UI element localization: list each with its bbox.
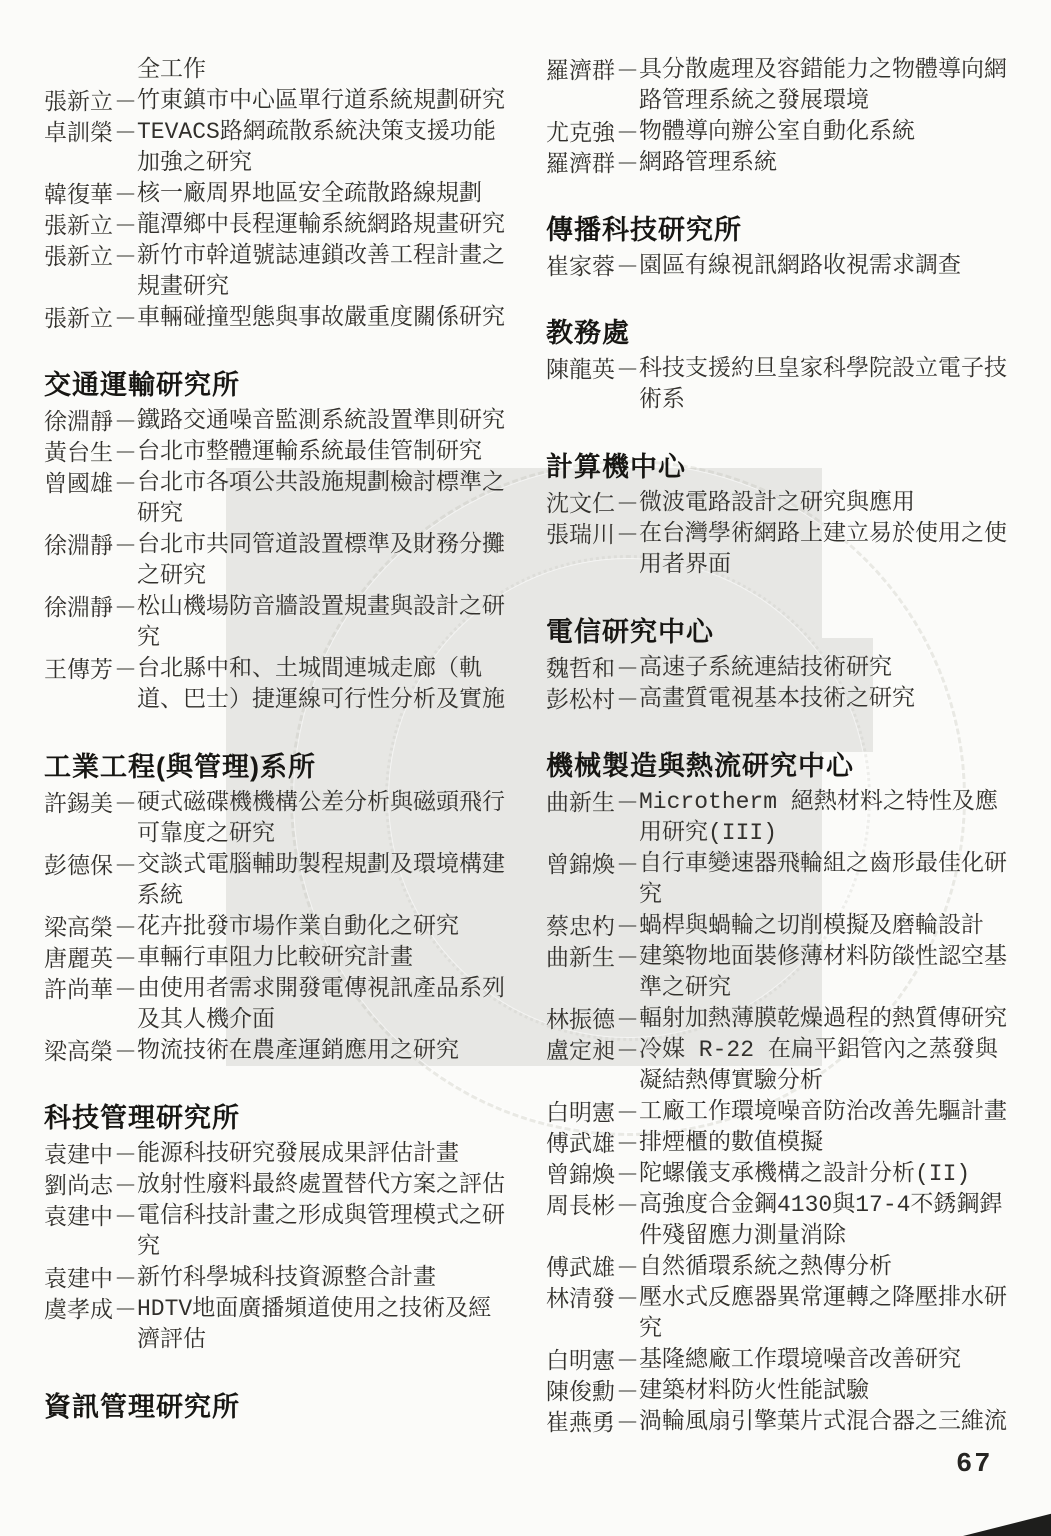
project-title: 建築物地面裝修薄材料防燄性認空基準之研究: [639, 942, 1013, 1004]
researcher-name: 梁高榮: [44, 1036, 114, 1067]
project-entry: 崔燕勇－渦輪風扇引擎葉片式混合器之三維流: [546, 1407, 1013, 1438]
project-title: 自行車變速器飛輪組之齒形最佳化研究: [639, 849, 1013, 911]
separator-dash: －: [114, 592, 137, 623]
separator-dash: －: [114, 1263, 137, 1294]
separator-dash: －: [616, 1004, 639, 1035]
separator-dash: －: [616, 1283, 639, 1314]
researcher-name: 王傳芳: [44, 654, 114, 685]
project-title: 花卉批發市場作業自動化之研究: [137, 912, 514, 943]
section-heading: 電信研究中心: [546, 611, 1013, 653]
separator-dash: －: [114, 912, 137, 943]
project-entry: 蔡忠杓－蝸桿與蝸輪之切削模擬及磨輪設計: [546, 911, 1013, 942]
separator-dash: －: [616, 787, 639, 818]
scan-corner-mark: [963, 1506, 1051, 1536]
project-title: 由使用者需求開發電傳視訊產品系列及其人機介面: [137, 974, 514, 1036]
section-heading: 機械製造與熱流研究中心: [546, 745, 1013, 787]
researcher-name: 林振德: [546, 1004, 616, 1035]
researcher-name: 徐淵靜: [44, 530, 114, 561]
project-entry: 彭德保－交談式電腦輔助製程規劃及環境構建系統: [44, 850, 514, 912]
section-heading: 交通運輸研究所: [44, 364, 514, 406]
researcher-name: 曲新生: [546, 787, 616, 818]
project-entry: 曲新生－Microtherm 絕熱材料之特性及應用研究(III): [546, 787, 1013, 849]
separator-dash: －: [616, 519, 639, 550]
project-title: 壓水式反應器異常運轉之降壓排水研究: [639, 1283, 1013, 1345]
project-entry: 黃台生－台北市整體運輸系統最佳管制研究: [44, 437, 514, 468]
separator-dash: －: [114, 943, 137, 974]
section-heading: 計算機中心: [546, 446, 1013, 488]
researcher-name: 曾錦煥: [546, 849, 616, 880]
project-entry: 彭松村－高畫質電視基本技術之研究: [546, 684, 1013, 715]
project-title: 車輛行車阻力比較研究計畫: [137, 943, 514, 974]
researcher-name: 曾國雄: [44, 468, 114, 499]
project-title: 高畫質電視基本技術之研究: [639, 684, 1013, 715]
project-entry: 白明憲－工廠工作環境噪音防治改善先驅計畫: [546, 1097, 1013, 1128]
project-entry: 梁高榮－物流技術在農產運銷應用之研究: [44, 1036, 514, 1067]
project-entry: 許錫美－硬式磁碟機機構公差分析與磁頭飛行可靠度之研究: [44, 788, 514, 850]
project-title: 新竹市幹道號誌連鎖改善工程計畫之規畫研究: [137, 241, 514, 303]
project-title: 能源科技研究發展成果評估計畫: [137, 1139, 514, 1170]
researcher-name: 崔家蓉: [546, 251, 616, 282]
separator-dash: －: [616, 55, 639, 86]
project-entry: 梁高榮－花卉批發市場作業自動化之研究: [44, 912, 514, 943]
section-heading: 教務處: [546, 312, 1013, 354]
project-entry: 曾錦煥－陀螺儀支承機構之設計分析(II): [546, 1159, 1013, 1190]
separator-dash: －: [616, 911, 639, 942]
project-entry: 曾錦煥－自行車變速器飛輪組之齒形最佳化研究: [546, 849, 1013, 911]
project-entry: 林清發－壓水式反應器異常運轉之降壓排水研究: [546, 1283, 1013, 1345]
separator-dash: －: [114, 654, 137, 685]
project-entry: 林振德－輻射加熱薄膜乾燥過程的熱質傳研究: [546, 1004, 1013, 1035]
project-title: 台北市各項公共設施規劃檢討標準之研究: [137, 468, 514, 530]
project-entry: 虞孝成－HDTV地面廣播頻道使用之技術及經濟評估: [44, 1294, 514, 1356]
project-title: 科技支援約旦皇家科學院設立電子技術系: [639, 354, 1013, 416]
separator-dash: －: [616, 148, 639, 179]
separator-dash: －: [616, 684, 639, 715]
project-entry: 陳俊勳－建築材料防火性能試驗: [546, 1376, 1013, 1407]
researcher-name: 張新立: [44, 86, 114, 117]
researcher-name: 韓復華: [44, 179, 114, 210]
researcher-name: 彭松村: [546, 684, 616, 715]
separator-dash: －: [114, 303, 137, 334]
separator-dash: －: [114, 530, 137, 561]
project-entry: 曲新生－建築物地面裝修薄材料防燄性認空基準之研究: [546, 942, 1013, 1004]
project-title: 基隆總廠工作環境噪音改善研究: [639, 1345, 1013, 1376]
separator-dash: －: [114, 1036, 137, 1067]
project-title: 園區有線視訊網路收視需求調查: [639, 251, 1013, 282]
researcher-name: 陳龍英: [546, 354, 616, 385]
project-entry: 袁建中－電信科技計畫之形成與管理模式之研究: [44, 1201, 514, 1263]
project-title: 放射性廢料最終處置替代方案之評估: [137, 1170, 514, 1201]
left-column: 全工作張新立－竹東鎮市中心區單行道系統規劃研究卓訓榮－TEVACS路網疏散系統決…: [44, 55, 514, 1428]
separator-dash: －: [616, 1097, 639, 1128]
section-heading: 資訊管理研究所: [44, 1386, 514, 1428]
separator-dash: －: [616, 1159, 639, 1190]
separator-dash: －: [114, 437, 137, 468]
separator-dash: －: [114, 1170, 137, 1201]
separator-dash: －: [114, 210, 137, 241]
researcher-name: 傅武雄: [546, 1128, 616, 1159]
project-entry: 曾國雄－台北市各項公共設施規劃檢討標準之研究: [44, 468, 514, 530]
separator-dash: －: [114, 179, 137, 210]
researcher-name: 白明憲: [546, 1345, 616, 1376]
project-entry: 張瑞川－在台灣學術網路上建立易於使用之使用者界面: [546, 519, 1013, 581]
separator-dash: －: [114, 86, 137, 117]
project-entry: 韓復華－核一廠周界地區安全疏散路線規劃: [44, 179, 514, 210]
project-title: 物流技術在農產運銷應用之研究: [137, 1036, 514, 1067]
separator-dash: －: [616, 1345, 639, 1376]
researcher-name: 沈文仁: [546, 488, 616, 519]
researcher-name: 袁建中: [44, 1201, 114, 1232]
separator-dash: －: [616, 1128, 639, 1159]
project-title: 新竹科學城科技資源整合計畫: [137, 1263, 514, 1294]
project-entry: 張新立－龍潭鄉中長程運輸系統網路規畫研究: [44, 210, 514, 241]
project-title: 工廠工作環境噪音防治改善先驅計畫: [639, 1097, 1013, 1128]
project-entry: 羅濟群－網路管理系統: [546, 148, 1013, 179]
researcher-name: 許尚華: [44, 974, 114, 1005]
researcher-name: 卓訓榮: [44, 117, 114, 148]
project-entry: 白明憲－基隆總廠工作環境噪音改善研究: [546, 1345, 1013, 1376]
project-entry: 徐淵靜－台北市共同管道設置標準及財務分攤之研究: [44, 530, 514, 592]
project-entry: 張新立－竹東鎮市中心區單行道系統規劃研究: [44, 86, 514, 117]
project-title: 物體導向辦公室自動化系統: [639, 117, 1013, 148]
project-title: 渦輪風扇引擎葉片式混合器之三維流: [639, 1407, 1013, 1438]
separator-dash: －: [616, 942, 639, 973]
project-entry: 唐麗英－車輛行車阻力比較研究計畫: [44, 943, 514, 974]
researcher-name: 虞孝成: [44, 1294, 114, 1325]
researcher-name: 陳俊勳: [546, 1376, 616, 1407]
section-heading: 工業工程(與管理)系所: [44, 746, 514, 788]
project-title: 建築材料防火性能試驗: [639, 1376, 1013, 1407]
project-title: TEVACS路網疏散系統決策支援功能加強之研究: [137, 117, 514, 179]
researcher-name: 白明憲: [546, 1097, 616, 1128]
project-entry: 魏哲和－高速子系統連結技術研究: [546, 653, 1013, 684]
researcher-name: 張新立: [44, 210, 114, 241]
project-title: 高強度合金鋼4130與17-4不銹鋼銲件殘留應力測量消除: [639, 1190, 1013, 1252]
researcher-name: 傅武雄: [546, 1252, 616, 1283]
project-title: 台北市整體運輸系統最佳管制研究: [137, 437, 514, 468]
separator-dash: －: [114, 117, 137, 148]
separator-dash: －: [114, 974, 137, 1005]
project-entry: 許尚華－由使用者需求開發電傳視訊產品系列及其人機介面: [44, 974, 514, 1036]
project-title: 自然循環系統之熱傳分析: [639, 1252, 1013, 1283]
project-title: 高速子系統連結技術研究: [639, 653, 1013, 684]
project-title: HDTV地面廣播頻道使用之技術及經濟評估: [137, 1294, 514, 1356]
project-entry: 張新立－車輛碰撞型態與事故嚴重度關係研究: [44, 303, 514, 334]
separator-dash: －: [616, 1252, 639, 1283]
project-entry: 羅濟群－具分散處理及容錯能力之物體導向網路管理系統之發展環境: [546, 55, 1013, 117]
project-title: 交談式電腦輔助製程規劃及環境構建系統: [137, 850, 514, 912]
project-entry: 張新立－新竹市幹道號誌連鎖改善工程計畫之規畫研究: [44, 241, 514, 303]
researcher-name: 盧定昶: [546, 1035, 616, 1066]
researcher-name: 張新立: [44, 241, 114, 272]
researcher-name: 唐麗英: [44, 943, 114, 974]
project-entry: 尤克強－物體導向辦公室自動化系統: [546, 117, 1013, 148]
separator-dash: －: [114, 241, 137, 272]
project-entry: 陳龍英－科技支援約旦皇家科學院設立電子技術系: [546, 354, 1013, 416]
project-entry: 盧定昶－冷媒 R-22 在扁平鋁管內之蒸發與凝結熱傳實驗分析: [546, 1035, 1013, 1097]
project-title: 松山機場防音牆設置規畫與設計之研究: [137, 592, 514, 654]
separator-dash: －: [616, 488, 639, 519]
page-number: 67: [956, 1450, 992, 1480]
project-title: Microtherm 絕熱材料之特性及應用研究(III): [639, 787, 1013, 849]
project-title: 電信科技計畫之形成與管理模式之研究: [137, 1201, 514, 1263]
project-entry: 傅武雄－自然循環系統之熱傳分析: [546, 1252, 1013, 1283]
project-title: 硬式磁碟機機構公差分析與磁頭飛行可靠度之研究: [137, 788, 514, 850]
researcher-name: 魏哲和: [546, 653, 616, 684]
project-entry: 卓訓榮－TEVACS路網疏散系統決策支援功能加強之研究: [44, 117, 514, 179]
separator-dash: －: [616, 117, 639, 148]
researcher-name: 崔燕勇: [546, 1407, 616, 1438]
separator-dash: －: [616, 653, 639, 684]
separator-dash: －: [114, 788, 137, 819]
section-heading: 科技管理研究所: [44, 1097, 514, 1139]
project-title: 冷媒 R-22 在扁平鋁管內之蒸發與凝結熱傳實驗分析: [639, 1035, 1013, 1097]
project-title: 排煙櫃的數值模擬: [639, 1128, 1013, 1159]
project-title: 龍潭鄉中長程運輸系統網路規畫研究: [137, 210, 514, 241]
separator-dash: －: [616, 1376, 639, 1407]
project-title: 具分散處理及容錯能力之物體導向網路管理系統之發展環境: [639, 55, 1013, 117]
separator-dash: －: [114, 406, 137, 437]
separator-dash: －: [616, 849, 639, 880]
project-title: 鐵路交通噪音監測系統設置準則研究: [137, 406, 514, 437]
project-title: 微波電路設計之研究與應用: [639, 488, 1013, 519]
researcher-name: 彭德保: [44, 850, 114, 881]
project-entry: 全工作: [44, 55, 514, 86]
researcher-name: 周長彬: [546, 1190, 616, 1221]
project-entry: 沈文仁－微波電路設計之研究與應用: [546, 488, 1013, 519]
researcher-name: 羅濟群: [546, 148, 616, 179]
project-entry: 徐淵靜－松山機場防音牆設置規畫與設計之研究: [44, 592, 514, 654]
separator-dash: －: [114, 1201, 137, 1232]
section-heading: 傳播科技研究所: [546, 209, 1013, 251]
project-entry: 劉尚志－放射性廢料最終處置替代方案之評估: [44, 1170, 514, 1201]
project-title: 竹東鎮市中心區單行道系統規劃研究: [137, 86, 514, 117]
researcher-name: 劉尚志: [44, 1170, 114, 1201]
separator-dash: －: [114, 1139, 137, 1170]
project-title: 輻射加熱薄膜乾燥過程的熱質傳研究: [639, 1004, 1013, 1035]
project-title: 網路管理系統: [639, 148, 1013, 179]
researcher-name: 羅濟群: [546, 55, 616, 86]
project-entry: 傅武雄－排煙櫃的數值模擬: [546, 1128, 1013, 1159]
separator-dash: －: [616, 354, 639, 385]
project-entry: 徐淵靜－鐵路交通噪音監測系統設置準則研究: [44, 406, 514, 437]
separator-dash: －: [114, 850, 137, 881]
scanned-report-page: 全工作張新立－竹東鎮市中心區單行道系統規劃研究卓訓榮－TEVACS路網疏散系統決…: [0, 0, 1051, 1536]
project-title: 核一廠周界地區安全疏散路線規劃: [137, 179, 514, 210]
researcher-name: 許錫美: [44, 788, 114, 819]
separator-dash: －: [616, 1190, 639, 1221]
project-title: 車輛碰撞型態與事故嚴重度關係研究: [137, 303, 514, 334]
researcher-name: 袁建中: [44, 1139, 114, 1170]
project-entry: 崔家蓉－園區有線視訊網路收視需求調查: [546, 251, 1013, 282]
separator-dash: －: [616, 1035, 639, 1066]
project-title: 陀螺儀支承機構之設計分析(II): [639, 1159, 1013, 1190]
researcher-name: 袁建中: [44, 1263, 114, 1294]
researcher-name: 梁高榮: [44, 912, 114, 943]
project-entry: 周長彬－高強度合金鋼4130與17-4不銹鋼銲件殘留應力測量消除: [546, 1190, 1013, 1252]
project-title: 台北市共同管道設置標準及財務分攤之研究: [137, 530, 514, 592]
project-title: 在台灣學術網路上建立易於使用之使用者界面: [639, 519, 1013, 581]
separator-dash: －: [114, 1294, 137, 1325]
researcher-name: 林清發: [546, 1283, 616, 1314]
separator-dash: －: [616, 1407, 639, 1438]
separator-dash: －: [114, 468, 137, 499]
researcher-name: 尤克強: [546, 117, 616, 148]
researcher-name: 徐淵靜: [44, 406, 114, 437]
project-entry: 王傳芳－台北縣中和、土城間連城走廊（軌道、巴士）捷運線可行性分析及實施: [44, 654, 514, 716]
researcher-name: 曾錦煥: [546, 1159, 616, 1190]
project-entry: 袁建中－新竹科學城科技資源整合計畫: [44, 1263, 514, 1294]
researcher-name: 徐淵靜: [44, 592, 114, 623]
researcher-name: 曲新生: [546, 942, 616, 973]
project-title: 台北縣中和、土城間連城走廊（軌道、巴士）捷運線可行性分析及實施: [137, 654, 514, 716]
right-column: 羅濟群－具分散處理及容錯能力之物體導向網路管理系統之發展環境尤克強－物體導向辦公…: [546, 55, 1013, 1438]
researcher-name: 蔡忠杓: [546, 911, 616, 942]
project-title: 蝸桿與蝸輪之切削模擬及磨輪設計: [639, 911, 1013, 942]
researcher-name: 黃台生: [44, 437, 114, 468]
project-title: 全工作: [137, 55, 514, 86]
separator-dash: －: [616, 251, 639, 282]
project-entry: 袁建中－能源科技研究發展成果評估計畫: [44, 1139, 514, 1170]
researcher-name: 張新立: [44, 303, 114, 334]
researcher-name: 張瑞川: [546, 519, 616, 550]
